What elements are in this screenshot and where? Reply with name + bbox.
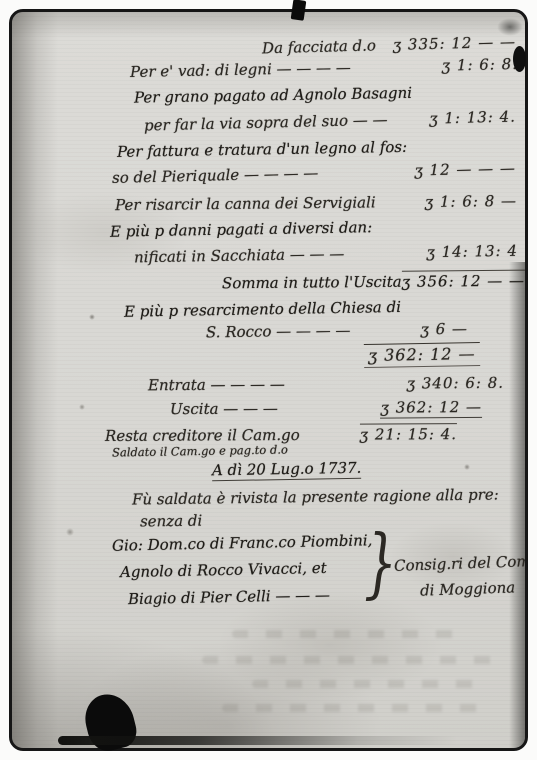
balance-row-uscita: Uscita — — — ʒ 362: 12 —	[170, 398, 482, 420]
signatory-brace: }	[364, 526, 397, 601]
show-through-text	[252, 680, 482, 688]
ledger-row: per far la via sopra del suo — — ʒ 1: 13…	[144, 107, 516, 134]
row-amount: ʒ 362: 12 —	[380, 398, 482, 419]
ledger-row: nificati in Sacchiata — — — ʒ 14: 13: 4	[134, 242, 518, 267]
row-text: nificati in Sacchiata — — —	[134, 245, 345, 267]
row-text: so del Pieriquale — — — —	[112, 164, 319, 187]
ledger-row: E più p danni pagati a diversi dan:	[110, 217, 420, 240]
row-amount: ʒ 335: 12 — —	[392, 33, 516, 54]
row-text: di Moggiona	[420, 578, 516, 599]
signatory-name: Gio: Dom.co di Franc.co Piombini,	[112, 531, 373, 554]
row-text: Da facciata d.o	[262, 36, 376, 57]
scan-artifact-right	[513, 46, 526, 72]
row-text: Per fattura e tratura d'un legno al fos:	[117, 138, 407, 161]
somma-row: Somma in tutto l'Uscita ʒ 356: 12 — —	[222, 270, 518, 293]
row-text: Per risarcir la canna dei Servigiali	[115, 193, 376, 214]
row-text: Agnolo di Rocco Vivacci, et	[120, 559, 327, 581]
signatory-name: Agnolo di Rocco Vivacci, et	[120, 559, 327, 581]
row-text: Saldato il Cam.go e pag.to d.o	[112, 442, 288, 459]
row-amount: ʒ 1: 6: 8.	[442, 55, 519, 75]
row-amount: ʒ 6 —	[420, 320, 468, 339]
row-amount: ʒ 14: 13: 4	[426, 242, 518, 262]
signatory-role: di Moggiona	[420, 578, 516, 599]
row-amount: ʒ 356: 12 — —	[402, 270, 525, 291]
date-line: A dì 20 Lug.o 1737.	[212, 459, 362, 482]
ledger-row: Per grano pagato ad Agnolo Basagni	[134, 83, 434, 106]
show-through-text	[202, 656, 502, 664]
row-amount: ʒ 1: 6: 8 —	[425, 192, 517, 211]
ledger-row: S. Rocco — — — — ʒ 6 —	[136, 320, 468, 343]
scan-artifact-bottom-strip	[58, 736, 458, 745]
show-through-text	[232, 630, 462, 638]
ledger-row: E più p resarcimento della Chiesa di	[124, 297, 434, 320]
row-text: S. Rocco — — — —	[206, 321, 351, 341]
row-text: E più p danni pagati a diversi dan:	[110, 218, 372, 241]
ledger-row: Per fattura e tratura d'un legno al fos:	[117, 137, 447, 161]
row-text: Fù saldata è rivista la presente ragione…	[132, 485, 499, 508]
row-text: E più p resarcimento della Chiesa di	[124, 298, 401, 321]
total-amount: ʒ 362: 12 —	[364, 342, 480, 368]
gutter-shadow	[12, 12, 58, 748]
row-text: Consig.ri del Comune	[394, 551, 528, 575]
row-text: Gio: Dom.co di Franc.co Piombini,	[112, 531, 373, 554]
saldato-note: Saldato il Cam.go e pag.to d.o	[112, 442, 288, 459]
attestation-line: Fù saldata è rivista la presente ragione…	[132, 485, 499, 508]
date-text: A dì 20 Lug.o 1737.	[212, 459, 362, 482]
row-amount: ʒ 1: 13: 4.	[429, 107, 516, 127]
ledger-row: Per e' vad: di legni — — — — ʒ 1: 6: 8.	[130, 55, 518, 81]
signatory-name: Biagio di Pier Celli — — —	[128, 586, 330, 608]
total-row: ʒ 362: 12 —	[364, 342, 480, 368]
row-amount: ʒ 21: 15: 4.	[360, 423, 457, 444]
show-through-text	[222, 704, 482, 712]
attestation-line: senza di	[140, 512, 202, 531]
signatory-role: Consig.ri del Comune	[394, 551, 528, 575]
row-text: Uscita — — —	[170, 399, 278, 418]
ledger-row: Per risarcir la canna dei Servigiali ʒ 1…	[115, 192, 517, 214]
balance-row-entrata: Entrata — — — — ʒ 340: 6: 8.	[148, 374, 504, 394]
row-text: senza di	[140, 512, 202, 531]
row-text: Per grano pagato ad Agnolo Basagni	[134, 84, 412, 107]
scan-artifact-top	[291, 0, 307, 21]
row-amount: ʒ 340: 6: 8.	[407, 374, 504, 393]
row-text: Entrata — — — —	[148, 375, 285, 394]
manuscript-page: Da facciata d.o ʒ 335: 12 — — Per e' vad…	[9, 9, 528, 751]
row-text: Biagio di Pier Celli — — —	[128, 586, 330, 608]
row-text: per far la via sopra del suo — —	[144, 111, 388, 135]
row-amount: ʒ 12 — — —	[414, 159, 516, 179]
right-edge-shadow	[509, 262, 525, 748]
row-text: Per e' vad: di legni — — — —	[130, 58, 351, 81]
row-text: Somma in tutto l'Uscita	[222, 273, 402, 293]
ledger-row: so del Pieriquale — — — — ʒ 12 — — —	[112, 159, 516, 187]
